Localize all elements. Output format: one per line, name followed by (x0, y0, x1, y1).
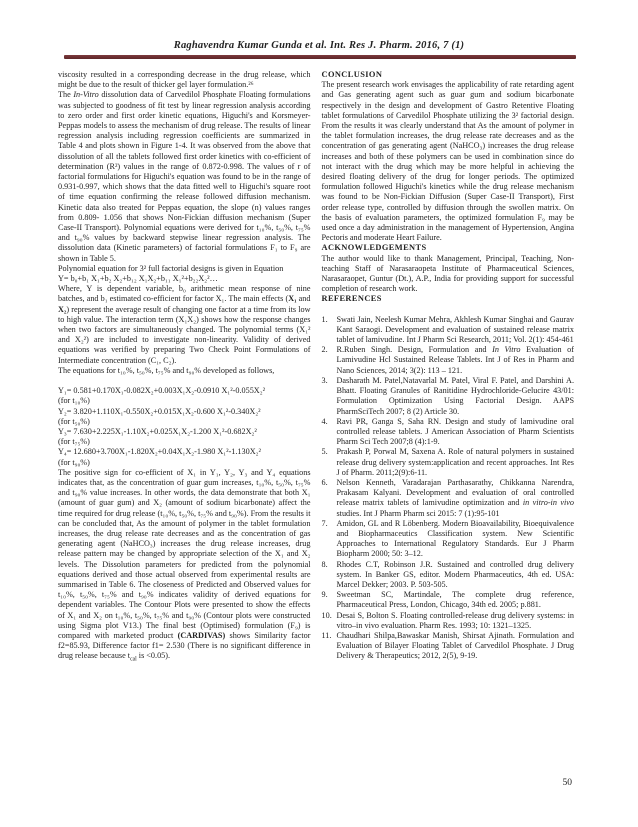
reference-item: 5. Prakash P, Porwal M, Saxena A. Role o… (322, 447, 575, 478)
acknowledgements-text: The author would like to thank Managemen… (322, 254, 575, 295)
reference-text: Desai S, Bolton S. Floating controlled-r… (337, 611, 575, 631)
equation-label: (for t₉₀%) (58, 458, 311, 468)
references-heading: REFERENCES (322, 294, 575, 304)
para-dissolution: The In-Vitro dissolution data of Carvedi… (58, 90, 311, 263)
equations-block: Y₁= 0.581+0.170X₁-0.082X₂+0.003X₁X₂-0.09… (58, 386, 311, 468)
reference-item: 1. Swati Jain, Neelesh Kumar Mehra, Akhl… (322, 315, 575, 346)
reference-text: Ravi PR, Ganga S, Saha RN. Design and st… (337, 417, 575, 448)
equation-line: Y₃= 7.630+2.225X₁-1.10X₂+0.025X₁X₂-1.200… (58, 427, 311, 437)
reference-item: 8. Rhodes C.T, Robinson J.R. Sustained a… (322, 560, 575, 591)
reference-text: R.Ruben Singh. Design, Formulation and I… (337, 345, 575, 376)
reference-item: 9. Sweetman SC, Martindale, The complete… (322, 590, 575, 610)
reference-text: Dasharath M. Patel,Natavarlal M. Patel, … (337, 376, 575, 417)
page-body: viscosity resulted in a corresponding de… (0, 59, 638, 662)
equations-lead: The equations for t₁₀%, t₅₀%, t₇₅% and t… (58, 366, 311, 376)
reference-item: 6. Nelson Kenneth, Varadarajan Parthasar… (322, 478, 575, 519)
conclusion-heading: CONCLUSION (322, 70, 575, 80)
acknowledgements-heading: ACKNOWLEDGEMENTS (322, 243, 575, 253)
reference-item: 3. Dasharath M. Patel,Natavarlal M. Pate… (322, 376, 575, 417)
equation-line: Y₂= 3.820+1.110X₁-0.550X₂+0.015X₁X₂-0.60… (58, 407, 311, 417)
reference-item: 4. Ravi PR, Ganga S, Saha RN. Design and… (322, 417, 575, 448)
running-head: Raghavendra Kumar Gunda et al. Int. Res … (0, 0, 638, 51)
paper-page: Raghavendra Kumar Gunda et al. Int. Res … (0, 0, 638, 827)
page-number: 50 (563, 778, 573, 788)
reference-list: 1. Swati Jain, Neelesh Kumar Mehra, Akhl… (322, 315, 575, 662)
reference-number: 11. (322, 631, 337, 662)
reference-number: 7. (322, 519, 337, 560)
equation-line: Y₁= 0.581+0.170X₁-0.082X₂+0.003X₁X₂-0.09… (58, 386, 311, 396)
reference-text: Amidon, GL and R Löbenberg. Modern Bioav… (337, 519, 575, 560)
left-column: viscosity resulted in a corresponding de… (58, 70, 311, 662)
para-viscosity: viscosity resulted in a corresponding de… (58, 70, 311, 90)
reference-item: 11. Chaudhari Shilpa,Bawaskar Manish, Sh… (322, 631, 575, 662)
reference-text: Prakash P, Porwal M, Saxena A. Role of n… (337, 447, 575, 478)
para-where: Where, Y is dependent variable, b₀ arith… (58, 284, 311, 366)
reference-text: Nelson Kenneth, Varadarajan Parthasarath… (337, 478, 575, 519)
reference-number: 10. (322, 611, 337, 631)
reference-number: 5. (322, 447, 337, 478)
equation-label: (for t₁₀%) (58, 396, 311, 406)
reference-text: Swati Jain, Neelesh Kumar Mehra, Akhlesh… (337, 315, 575, 346)
reference-number: 4. (322, 417, 337, 448)
reference-text: Rhodes C.T, Robinson J.R. Sustained and … (337, 560, 575, 591)
para-results: The positive sign for co-efficient of X₁… (58, 468, 311, 662)
reference-item: 7. Amidon, GL and R Löbenberg. Modern Bi… (322, 519, 575, 560)
reference-number: 8. (322, 560, 337, 591)
equation-line: Y₄= 12.680+3.700X₁-1.820X₂+0.04X₁X₂-1.98… (58, 447, 311, 457)
reference-number: 1. (322, 315, 337, 346)
general-equation: Y= b₀+b₁ X₁+b₂ X₂+b₁₂ X₁X₂+b₁₁ X₁²+b₂₂X₂… (58, 274, 311, 284)
reference-item: 10. Desai S, Bolton S. Floating controll… (322, 611, 575, 631)
reference-number: 2. (322, 345, 337, 376)
reference-item: 2. R.Ruben Singh. Design, Formulation an… (322, 345, 575, 376)
reference-number: 9. (322, 590, 337, 610)
right-column: CONCLUSION The present research work env… (322, 70, 575, 662)
reference-text: Chaudhari Shilpa,Bawaskar Manish, Shirsa… (337, 631, 575, 662)
conclusion-text: The present research work envisages the … (322, 80, 575, 243)
reference-text: Sweetman SC, Martindale, The complete dr… (337, 590, 575, 610)
reference-number: 6. (322, 478, 337, 519)
para-polynomial-intro: Polynomial equation for 3² full factoria… (58, 264, 311, 274)
equation-label: (for t₅₀%) (58, 417, 311, 427)
equation-label: (for t₇₅%) (58, 437, 311, 447)
reference-number: 3. (322, 376, 337, 417)
